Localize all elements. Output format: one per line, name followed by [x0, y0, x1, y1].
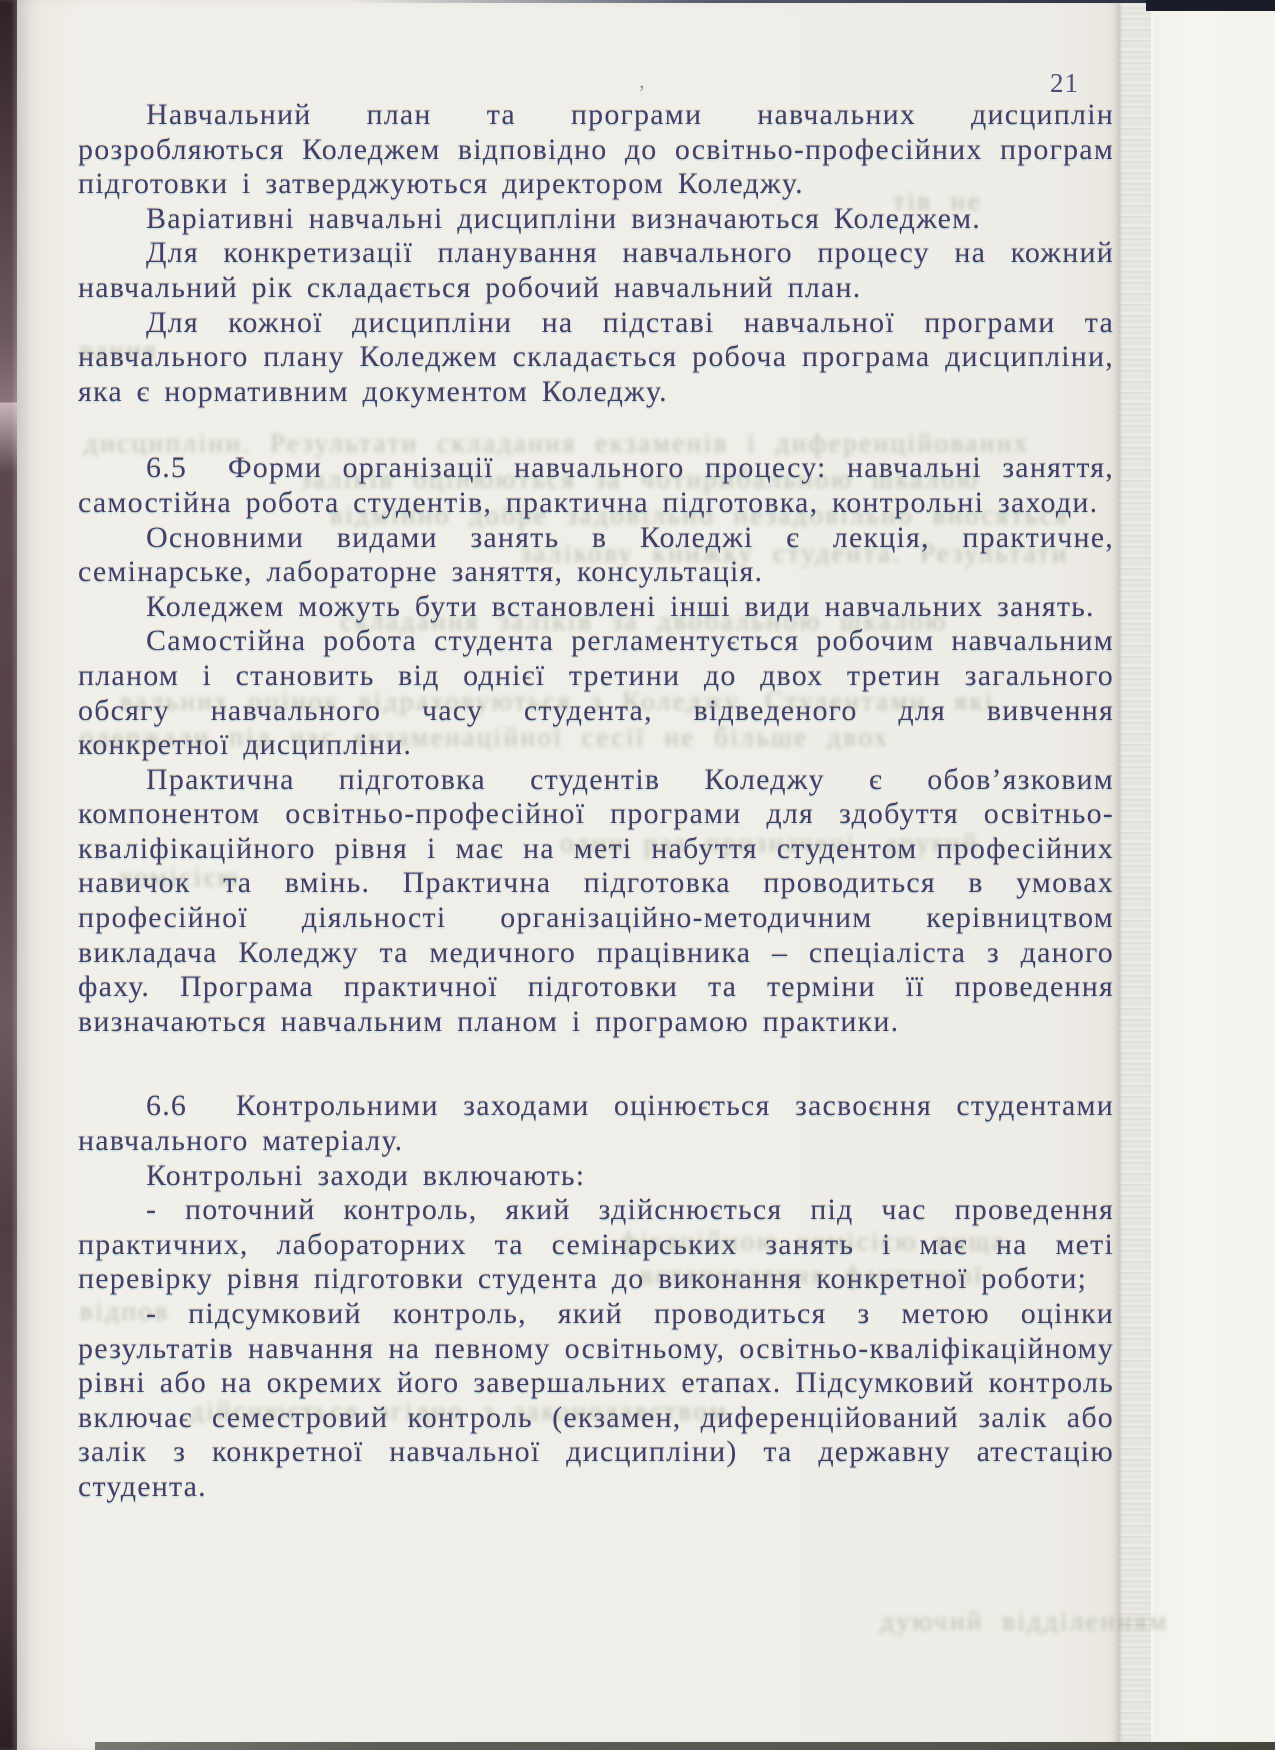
section-6-5-heading-paragraph: 6.5 Форми організації навчального процес…: [78, 451, 1114, 520]
underlying-page-edge: [1153, 0, 1275, 1750]
paragraph-lesson-types: Основними видами занять в Коледжі є лекц…: [78, 521, 1114, 590]
paragraph-final-control: - підсумковий контроль, який проводиться…: [78, 1297, 1114, 1505]
text-column: Навчальний план та програми навчальних д…: [78, 98, 1114, 1505]
paragraph-elective-disciplines: Варіативні навчальні дисципліни визначаю…: [78, 202, 1114, 237]
paragraph-control-measures-intro: Контрольні заходи включають:: [78, 1159, 1114, 1194]
scanner-background-top: [1146, 0, 1275, 11]
scanner-background-bottom: [95, 1742, 1275, 1750]
bleedthrough-text: дуючий відділенням: [880, 1606, 1169, 1637]
paragraph-current-control: - поточний контроль, який здійснюється п…: [78, 1193, 1114, 1297]
scan-speck: ’: [638, 80, 645, 106]
scan-top-hairline: [350, 0, 1150, 3]
paragraph-practical-training: Практична підготовка студентів Коледжу є…: [78, 763, 1114, 1040]
paragraph-independent-work: Самостійна робота студента регламентуєть…: [78, 624, 1114, 762]
page-number: 21: [1050, 68, 1079, 99]
book-binding-strip: [0, 0, 17, 1750]
paragraph-working-program: Для кожної дисципліни на підставі навчал…: [78, 306, 1114, 410]
paragraph-curriculum-plans: Навчальний план та програми навчальних д…: [78, 98, 1114, 202]
paragraph-working-plan: Для конкретизації планування навчального…: [78, 236, 1114, 305]
page-stack-edge: [1118, 0, 1153, 1750]
paragraph-other-lesson-types: Коледжем можуть бути встановлені інші ви…: [78, 590, 1114, 625]
section-6-6-heading-paragraph: 6.6 Контрольними заходами оцінюється зас…: [78, 1089, 1114, 1158]
